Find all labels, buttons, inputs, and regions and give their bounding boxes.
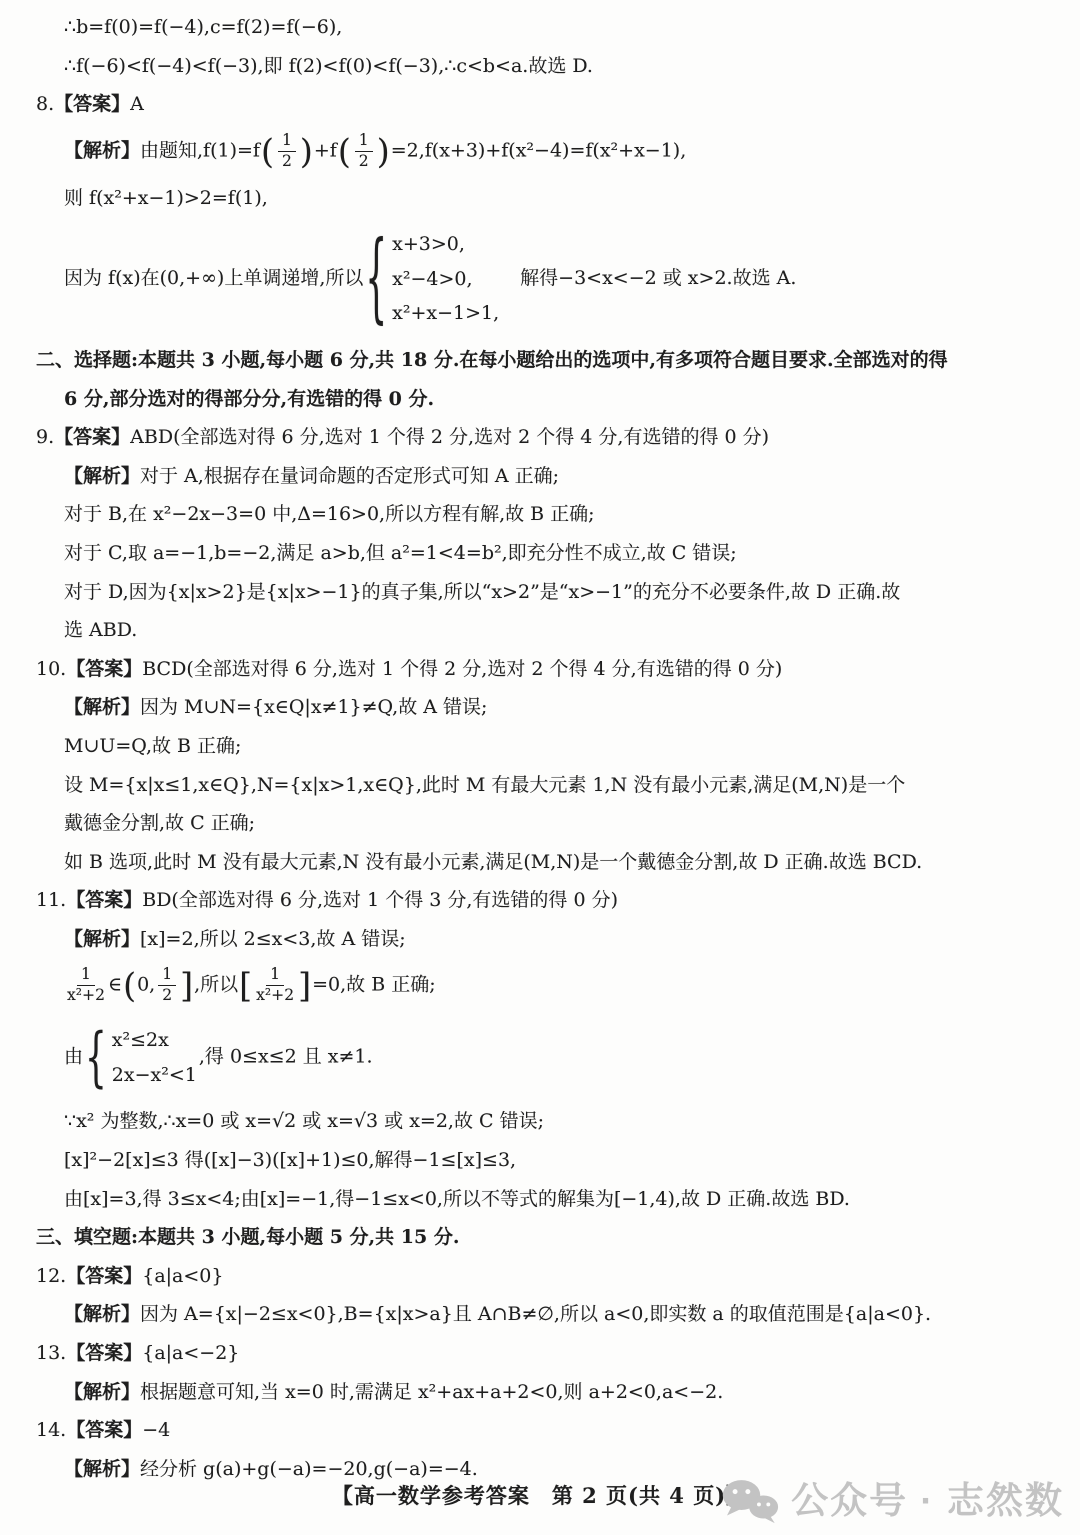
- text-line: 9.【答案】ABD(全部选对得 6 分,选对 1 个得 2 分,选对 2 个得 …: [30, 424, 1052, 451]
- text-line: 11.【答案】BD(全部选对得 6 分,选对 1 个得 3 分,有选错的得 0 …: [30, 887, 1052, 914]
- text-line: 【解析】因为 M∪N={x∈Q|x≠1}≠Q,故 A 错误;: [30, 694, 1052, 721]
- text-line: 由[x]=3,得 3≤x<4;由[x]=−1,得−1≤x<0,所以不等式的解集为…: [30, 1186, 1052, 1213]
- text-line: 【解析】因为 A={x|−2≤x<0},B={x|x>a}且 A∩B≠∅,所以 …: [30, 1301, 1052, 1328]
- text-line: [x]²−2[x]≤3 得([x]−3)([x]+1)≤0,解得−1≤[x]≤3…: [30, 1147, 1052, 1174]
- text-line: 【解析】对于 A,根据存在量词命题的否定形式可知 A 正确;: [30, 463, 1052, 490]
- text-line: 对于 B,在 x²−2x−3=0 中,Δ=16>0,所以方程有解,故 B 正确;: [30, 501, 1052, 528]
- wechat-icon: [719, 1478, 781, 1524]
- text-line: 由{x²≤2x2x−x²<1,得 0≤x≤2 且 x≠1.: [30, 1019, 1052, 1096]
- text-line: 戴德金分割,故 C 正确;: [30, 810, 1052, 837]
- watermark: 公众号 · 志然数: [719, 1475, 1064, 1527]
- text-line: 1x²+2∈(0,12],所以[1x²+2]=0,故 B 正确;: [30, 964, 1052, 1007]
- text-line: 6 分,部分选对的得部分分,有选错的得 0 分.: [30, 386, 1052, 413]
- text-line: 14.【答案】−4: [30, 1417, 1052, 1444]
- text-line: 8.【答案】A: [30, 91, 1052, 118]
- text-line: 选 ABD.: [30, 617, 1052, 644]
- text-line: M∪U=Q,故 B 正确;: [30, 733, 1052, 760]
- text-line: 【解析】由题知,f(1)=f(12)+f(12)=2,f(x+3)+f(x²−4…: [30, 130, 1052, 173]
- text-line: ∴f(−6)<f(−4)<f(−3),即 f(2)<f(0)<f(−3),∴c<…: [30, 53, 1052, 80]
- text-line: 对于 C,取 a=−1,b=−2,满足 a>b,但 a²=1<4=b²,即充分性…: [30, 540, 1052, 567]
- text-line: 13.【答案】{a|a<−2}: [30, 1340, 1052, 1367]
- document-body: ∴b=f(0)=f(−4),c=f(2)=f(−6),∴f(−6)<f(−4)<…: [0, 0, 1080, 1482]
- text-line: 设 M={x|x≤1,x∈Q},N={x|x>1,x∈Q},此时 M 有最大元素…: [30, 772, 1052, 799]
- text-line: ∵x² 为整数,∴x=0 或 x=√2 或 x=√3 或 x=2,故 C 错误;: [30, 1108, 1052, 1135]
- text-line: 三、填空题:本题共 3 小题,每小题 5 分,共 15 分.: [30, 1224, 1052, 1251]
- text-line: 【解析】根据题意可知,当 x=0 时,需满足 x²+ax+a+2<0,则 a+2…: [30, 1379, 1052, 1406]
- text-line: 因为 f(x)在(0,+∞)上单调递增,所以{x+3>0,x²−4>0,x²+x…: [30, 223, 1052, 335]
- text-line: 对于 D,因为{x|x>2}是{x|x>−1}的真子集,所以“x>2”是“x>−…: [30, 579, 1052, 606]
- text-line: 则 f(x²+x−1)>2=f(1),: [30, 185, 1052, 212]
- text-line: 12.【答案】{a|a<0}: [30, 1263, 1052, 1290]
- text-line: 【解析】[x]=2,所以 2≤x<3,故 A 错误;: [30, 926, 1052, 953]
- text-line: 如 B 选项,此时 M 没有最大元素,N 没有最小元素,满足(M,N)是一个戴德…: [30, 849, 1052, 876]
- text-line: 10.【答案】BCD(全部选对得 6 分,选对 1 个得 2 分,选对 2 个得…: [30, 656, 1052, 683]
- watermark-text: 公众号 · 志然数: [791, 1475, 1064, 1527]
- text-line: 二、选择题:本题共 3 小题,每小题 6 分,共 18 分.在每小题给出的选项中…: [30, 347, 1052, 374]
- text-line: ∴b=f(0)=f(−4),c=f(2)=f(−6),: [30, 14, 1052, 41]
